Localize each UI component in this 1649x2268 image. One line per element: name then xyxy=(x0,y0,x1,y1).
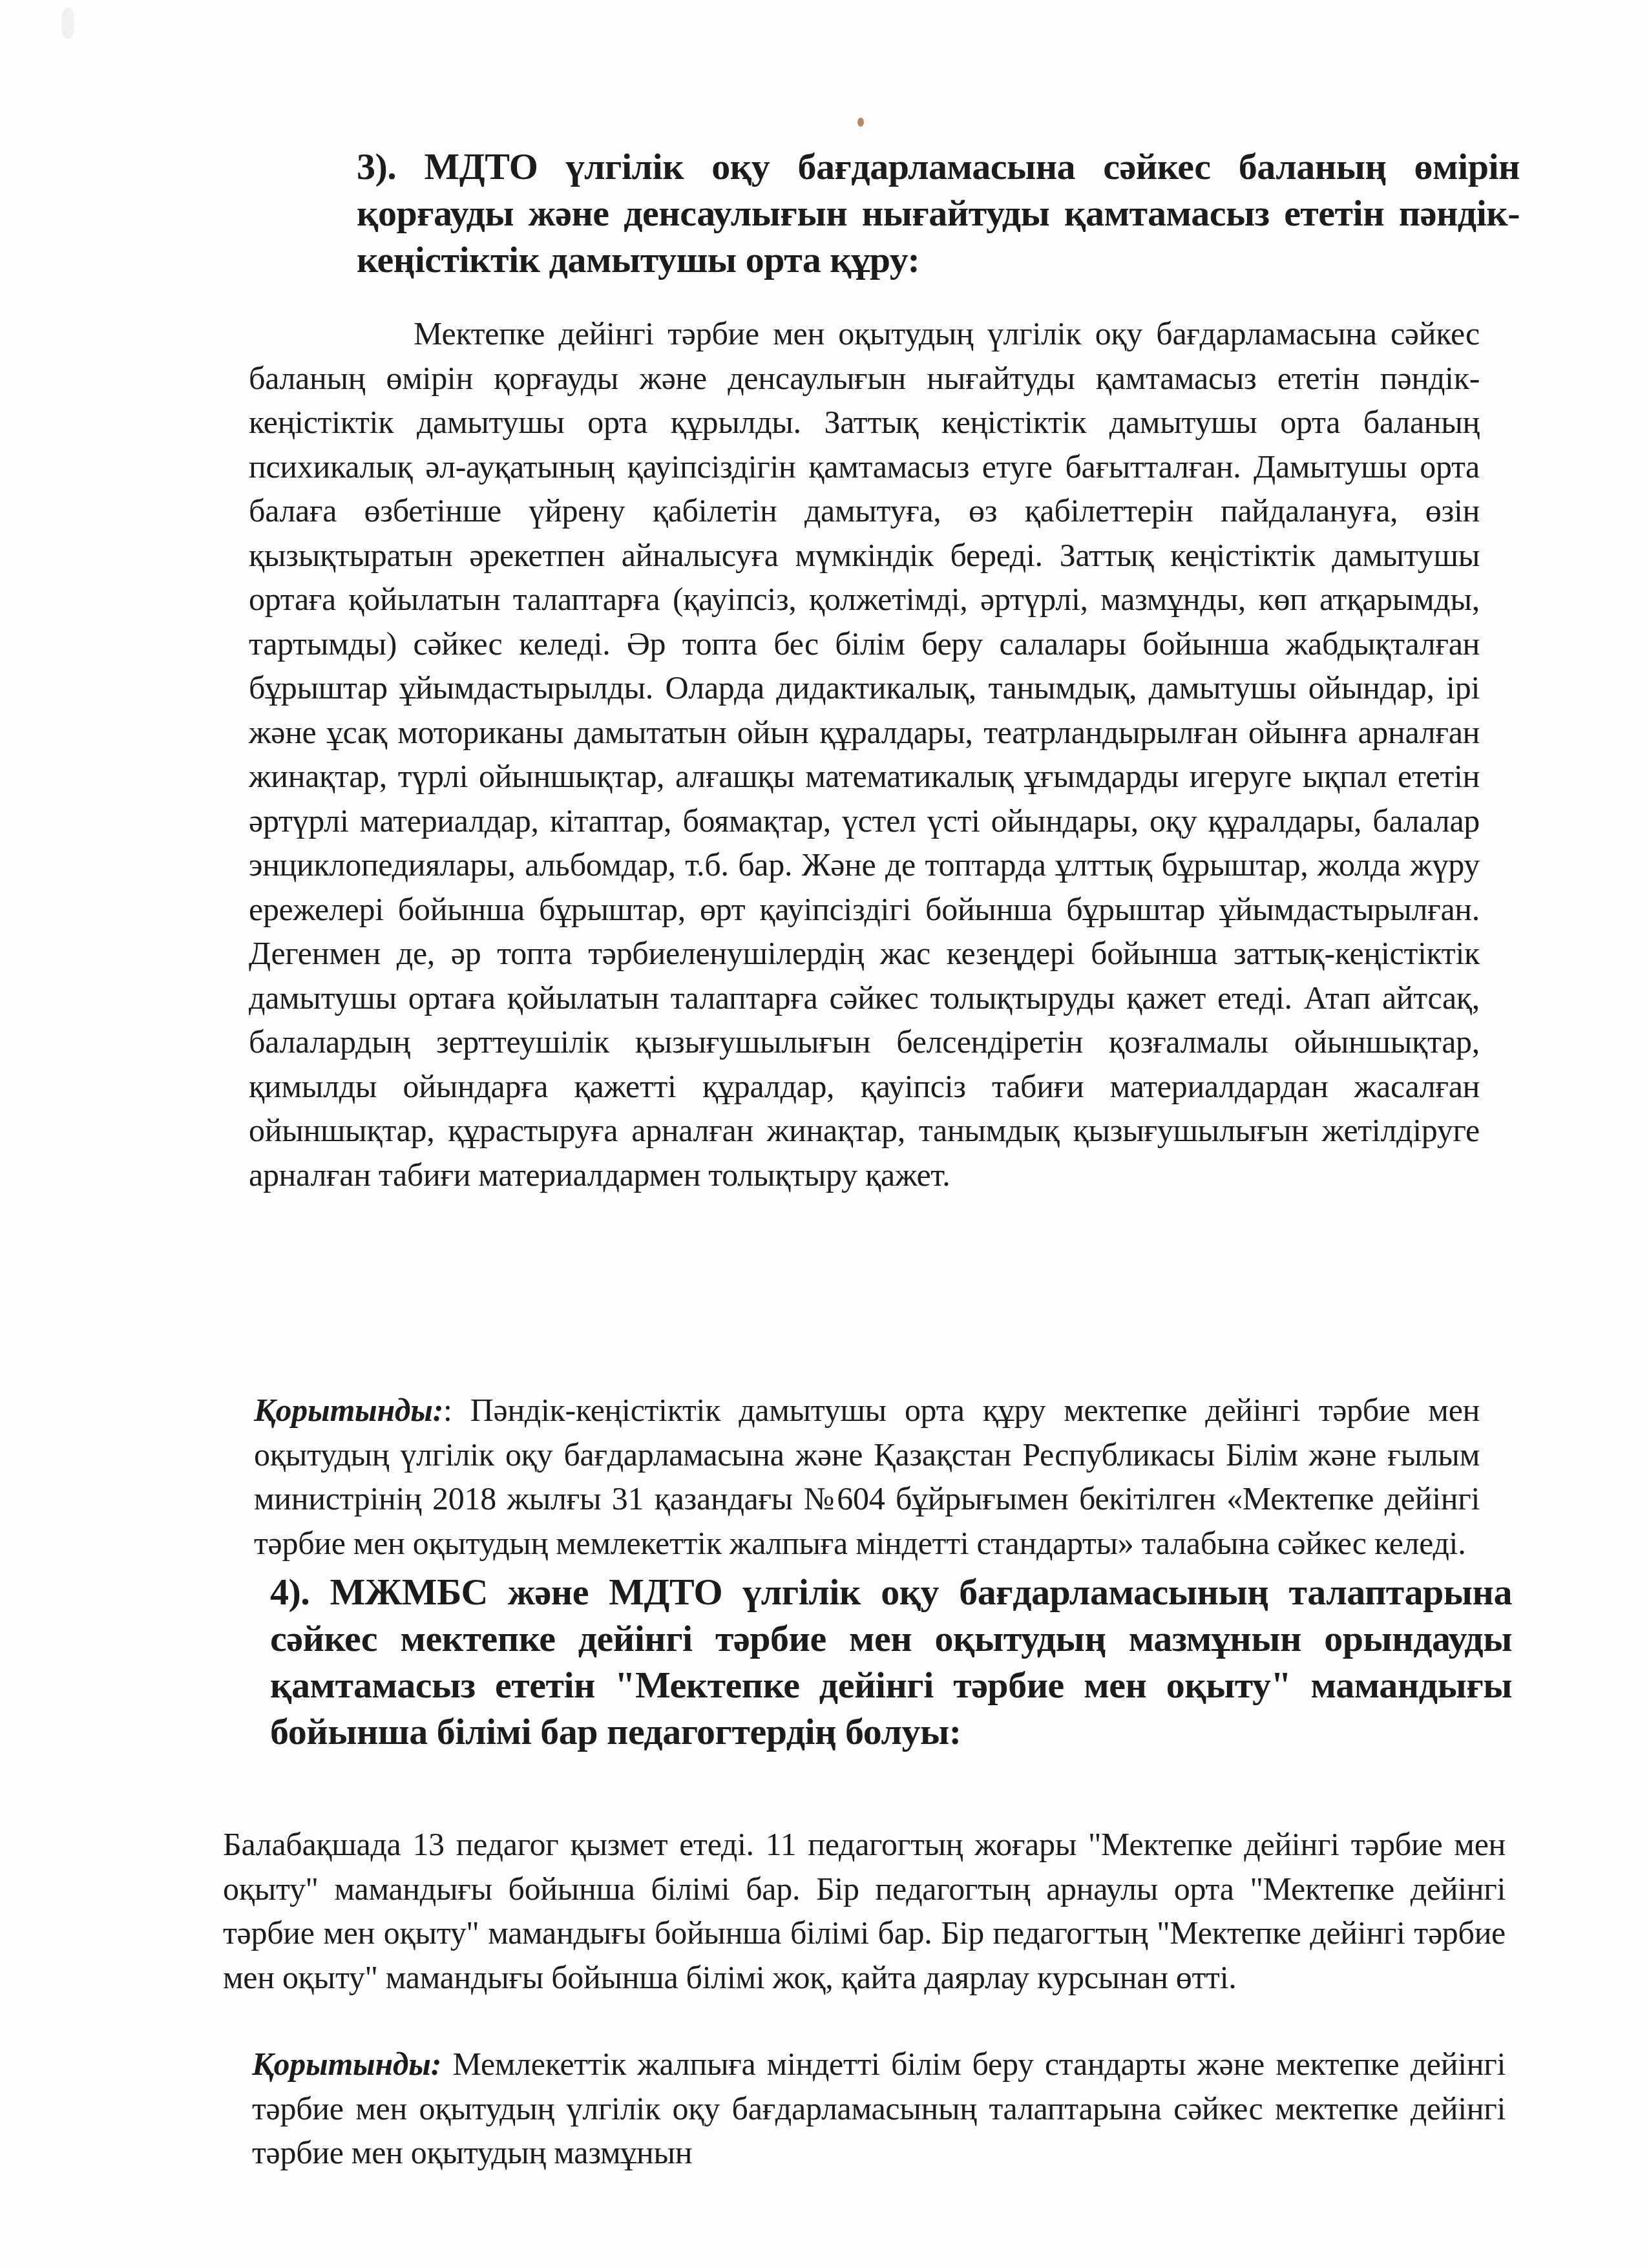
scanned-document-page: 3). МДТО үлгілік оқу бағдарламасына сәйк… xyxy=(0,0,1649,2268)
section-4-conclusion: Қорытынды: Мемлекеттік жалпыға міндетті … xyxy=(252,2042,1506,2175)
conclusion-label: Қорытынды: xyxy=(254,1392,443,1428)
section-3-heading: 3). МДТО үлгілік оқу бағдарламасына сәйк… xyxy=(357,143,1520,283)
section-4-body: Балабақшада 13 педагог қызмет етеді. 11 … xyxy=(223,1822,1506,1999)
ink-mark xyxy=(857,118,864,127)
section-4-heading: 4). МЖМБС және МДТО үлгілік оқу бағдарла… xyxy=(270,1569,1512,1755)
section-3-body: Мектепке дейінгі тәрбие мен оқытудың үлг… xyxy=(249,311,1480,1197)
scan-artifact xyxy=(61,8,74,39)
section-3-conclusion: Қорытынды:: Пәндік-кеңістіктік дамытушы … xyxy=(254,1388,1480,1565)
conclusion-label: Қорытынды: xyxy=(252,2046,441,2082)
